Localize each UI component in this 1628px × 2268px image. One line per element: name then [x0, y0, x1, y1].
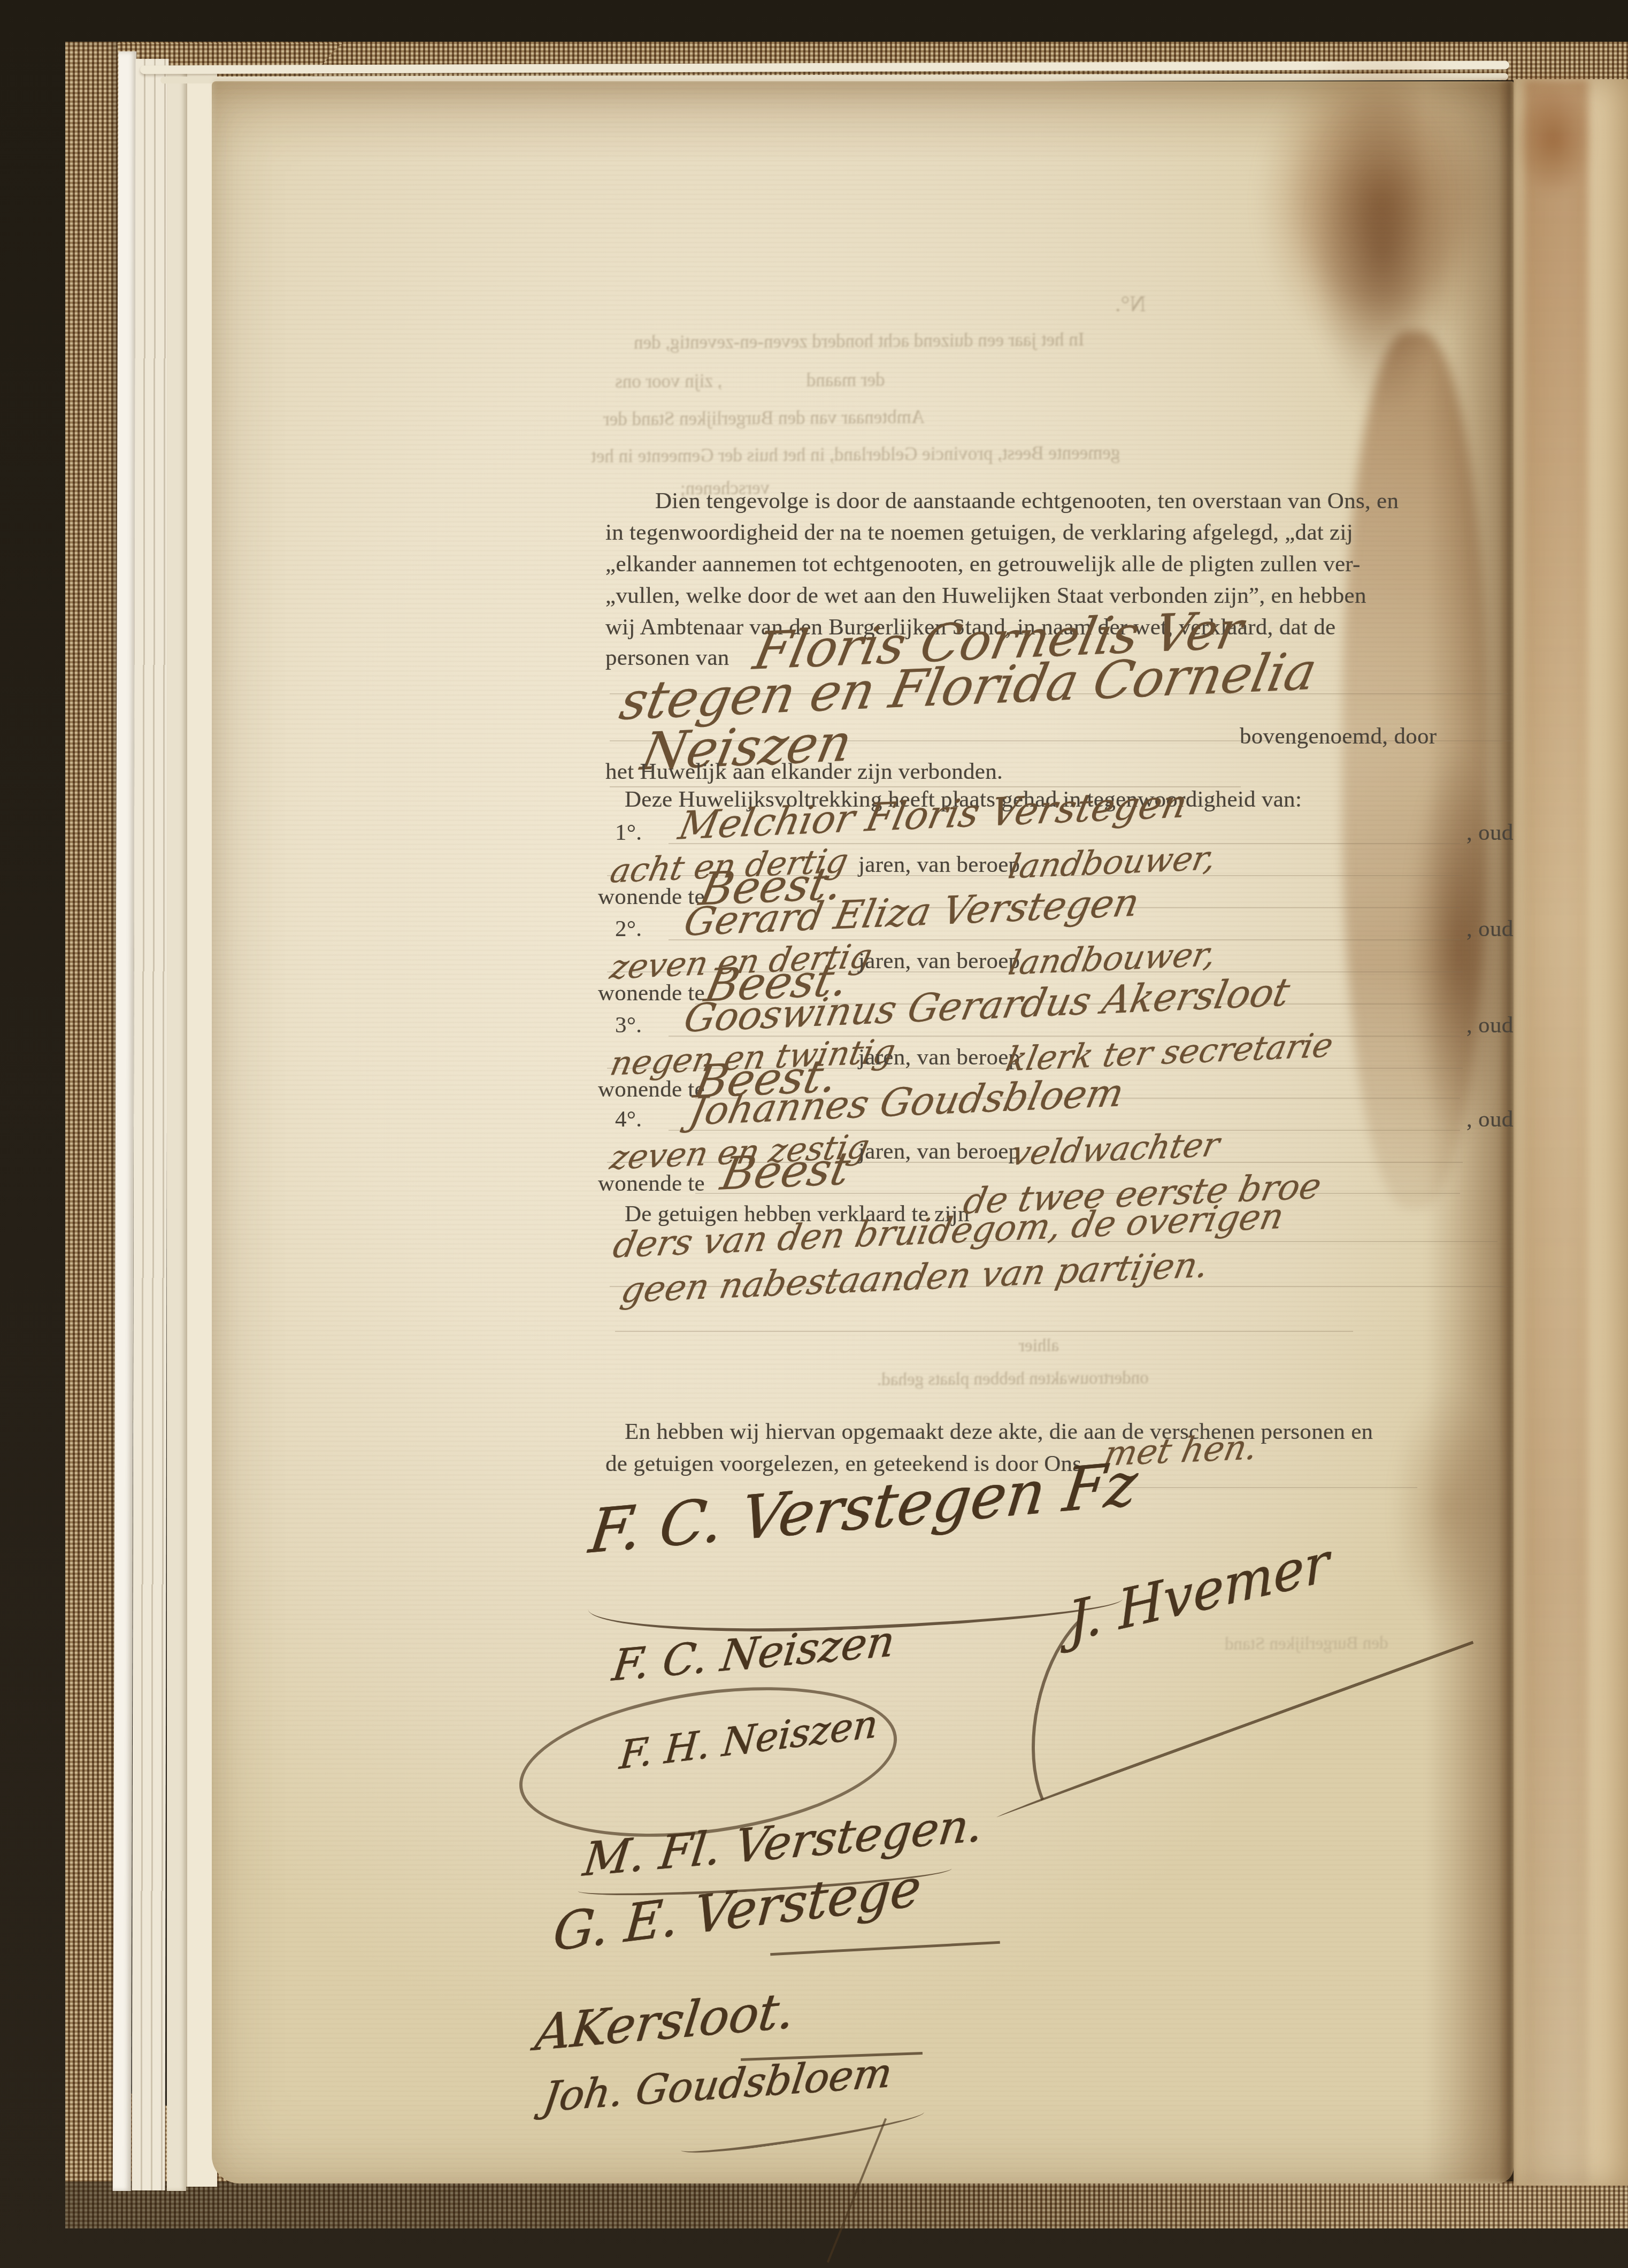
- verbonden-line: het Huwelijk aan elkander zijn verbonden…: [605, 758, 1003, 785]
- bleedthrough-line: der maand , zijn voor ons: [615, 369, 885, 393]
- jaren-beroep-label: jaren, van beroep: [858, 1044, 1020, 1070]
- bovengenoemd-label: bovengenoemd, door: [1240, 723, 1437, 749]
- oud-label: , oud: [1466, 819, 1514, 846]
- jaren-beroep-label: jaren, van beroep: [858, 852, 1020, 878]
- personen-van-label: personen van: [605, 645, 729, 671]
- oud-label: , oud: [1466, 916, 1514, 942]
- bleedthrough-number-label: N°.: [1115, 292, 1146, 317]
- oud-label: , oud: [1466, 1106, 1514, 1132]
- act-paragraph-line: „vullen, welke door de wet aan den Huwel…: [605, 583, 1366, 609]
- adjacent-streak: [1524, 79, 1588, 2186]
- witness-ordinal: 3°.: [615, 1012, 642, 1038]
- registry-book-photo: N°. In het jaar een duizend acht honderd…: [0, 0, 1628, 2268]
- oud-label: , oud: [1466, 1012, 1514, 1038]
- act-paragraph-line: „elkander aannemen tot echtgenooten, en …: [605, 551, 1361, 577]
- bleedthrough-line: ondertrouwakten hebben plaats gehad.: [877, 1368, 1149, 1390]
- closing-line: En hebben wij hiervan opgemaakt deze akt…: [625, 1419, 1373, 1445]
- witness-ordinal: 1°.: [615, 819, 642, 846]
- book-cover-left-edge: [65, 42, 119, 2215]
- bleedthrough-line: In het jaar een duizend acht honderd zev…: [634, 329, 1085, 354]
- cover-bottom-shadow: [65, 2181, 1628, 2228]
- wonende-te-label: wonende te: [598, 1076, 705, 1102]
- act-paragraph-line: in tegenwoordigheid der na te noemen get…: [605, 519, 1353, 546]
- wonende-te-label: wonende te: [598, 1170, 705, 1197]
- form-rule: [615, 1331, 1353, 1332]
- witness-ordinal: 2°.: [615, 916, 642, 942]
- bleedthrough-line: alhier: [1019, 1336, 1059, 1357]
- page-edges-creased: [132, 59, 169, 2190]
- bleedthrough-line: gemeente Beest, provincie Gelderland, in…: [591, 442, 1120, 468]
- bleedthrough-line: den Burgerlijken Stand: [1225, 1634, 1388, 1654]
- bleedthrough-line: Ambtenaar van den Burgerlijken Stand der: [603, 407, 925, 430]
- act-paragraph-line: Dien tengevolge is door de aanstaande ec…: [655, 488, 1399, 514]
- witness-ordinal: 4°.: [615, 1106, 642, 1132]
- adjacent-page-edge: [1514, 79, 1628, 2186]
- jaren-beroep-label: jaren, van beroep: [858, 948, 1020, 974]
- witness-residence-script: Beest: [717, 1142, 855, 1200]
- page-edge: [167, 66, 186, 2191]
- jaren-beroep-label: jaren, van beroep: [858, 1138, 1020, 1164]
- form-rule: [1096, 1487, 1417, 1488]
